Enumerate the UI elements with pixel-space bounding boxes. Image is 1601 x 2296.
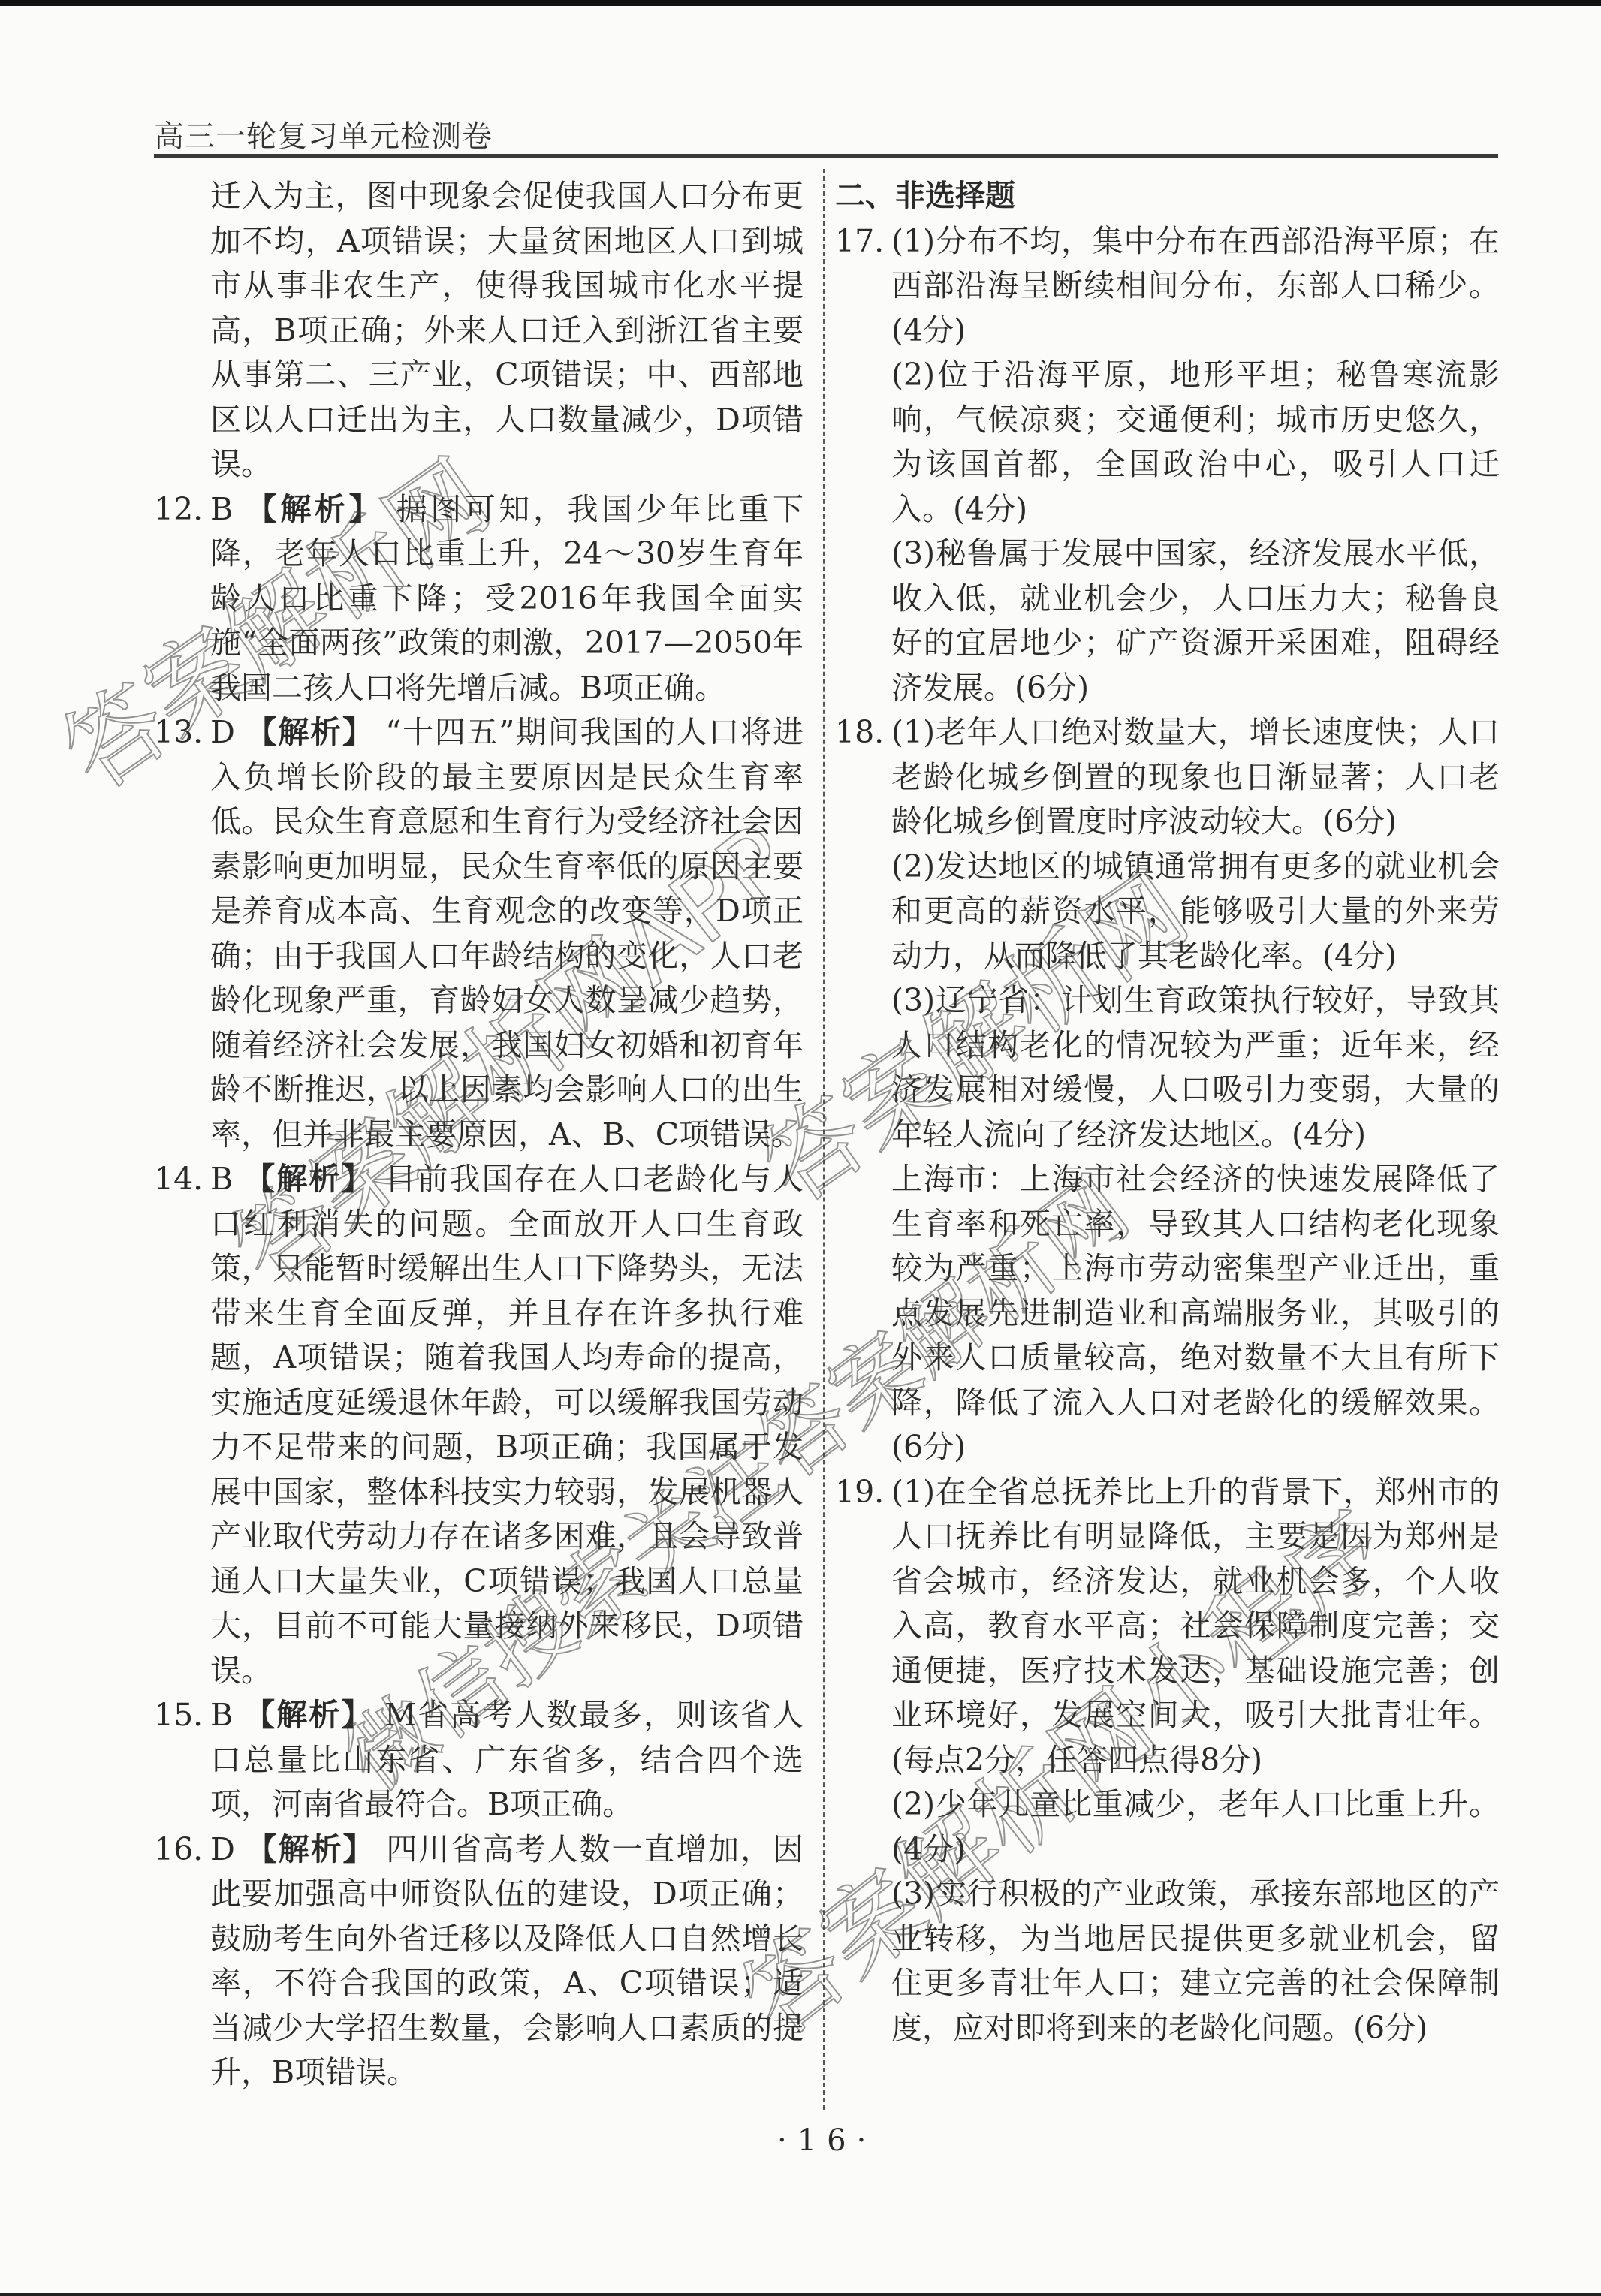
continued-explanation: 迁入为主，图中现象会促使我国人口分布更加不均，A项错误；大量贫困地区人口到城市从… [154,174,804,487]
analysis-text: 目前我国存在人口老龄化与人口红利消失的问题。全面放开人口生育政策，只能暂时缓解出… [210,1161,804,1689]
left-column: 迁入为主，图中现象会促使我国人口分布更加不均，A项错误；大量贫困地区人口到城市从… [154,174,804,2096]
question-18-part-2: (2)发达地区的城镇通常拥有更多的就业机会和更高的薪资水平，能够吸引大量的外来劳… [835,845,1500,979]
item-number: 12. [154,487,210,532]
question-17-part-1: 17. (1)分布不均，集中分布在西部沿海平原；在西部沿海呈断续相间分布，东部人… [835,219,1500,354]
analysis-label: 【解析】 [246,714,375,750]
header-rule [154,154,1498,158]
answer-item-15: 15. B 【解析】 M省高考人数最多，则该省人口总量比山东省、广东省多，结合四… [154,1693,804,1827]
page-marker-right: · [857,2123,877,2158]
item-number: 14. [154,1157,210,1202]
item-number: 16. [154,1827,210,1873]
item-number: 13. [154,710,210,755]
analysis-label: 【解析】 [244,1697,373,1733]
section-title: 二、非选择题 [835,174,1500,219]
answer-choice: B [210,1161,233,1197]
answer-text: (1)在全省总抚养比上升的背景下，郑州市的人口抚养比有明显降低，主要是因为郑州是… [891,1474,1500,1778]
running-head-title: 高三一轮复习单元检测卷 [154,113,493,155]
answer-item-16: 16. D 【解析】 四川省高考人数一直增加，因此要加强高中师资队伍的建设，D项… [154,1827,804,2096]
question-number: 17. [835,219,891,264]
item-number: 15. [154,1693,210,1738]
analysis-label: 【解析】 [246,1831,375,1867]
analysis-label: 【解析】 [246,491,383,527]
question-number: 19. [835,1470,891,1515]
scan-edge-bottom [0,2293,1601,2296]
scan-edge-top [0,0,1601,6]
question-19-part-1: 19. (1)在全省总抚养比上升的背景下，郑州市的人口抚养比有明显降低，主要是因… [835,1470,1500,1783]
question-18-part-3-liaoning: (3)辽宁省：计划生育政策执行较好，导致其人口结构老化的情况较为严重；近年来，经… [835,978,1500,1157]
page-number-value: 16 [797,2123,857,2158]
analysis-text: “十四五”期间我国的人口将进入负增长阶段的最主要原因是民众生育率低。民众生育意愿… [210,714,804,1153]
answer-choice: D [210,1831,235,1867]
answer-choice: B [210,491,233,527]
question-17-part-2: (2)位于沿海平原，地形平坦；秘鲁寒流影响，气候凉爽；交通便利；城市历史悠久，为… [835,353,1500,532]
answer-choice: B [210,1697,233,1733]
answer-text: (1)老年人口绝对数量大，增长速度快；人口老龄化城乡倒置的现象也日渐显著；人口老… [891,714,1500,839]
answer-item-13: 13. D 【解析】 “十四五”期间我国的人口将进入负增长阶段的最主要原因是民众… [154,710,804,1157]
answer-choice: D [210,714,235,750]
question-19-part-3: (3)实行积极的产业政策，承接东部地区的产业转移，为当地居民提供更多就业机会，留… [835,1872,1500,2050]
answer-item-14: 14. B 【解析】 目前我国存在人口老龄化与人口红利消失的问题。全面放开人口生… [154,1157,804,1693]
answer-item-12: 12. B 【解析】 据图可知，我国少年比重下降，老年人口比重上升，24～30岁… [154,487,804,711]
page-number: ·16· [777,2123,876,2158]
question-number: 18. [835,710,891,755]
question-17-part-3: (3)秘鲁属于发展中国家，经济发展水平低，收入低，就业机会少，人口压力大；秘鲁良… [835,532,1500,710]
page-marker-left: · [777,2123,797,2158]
answer-text: (1)分布不均，集中分布在西部沿海平原；在西部沿海呈断续相间分布，东部人口稀少。… [891,223,1500,348]
question-19-part-2: (2)少年儿童比重减少，老年人口比重上升。(4分) [835,1782,1500,1872]
right-column: 二、非选择题 17. (1)分布不均，集中分布在西部沿海平原；在西部沿海呈断续相… [835,174,1500,2050]
column-divider [823,169,825,2110]
question-18-part-3-shanghai: 上海市：上海市社会经济的快速发展降低了生育率和死亡率，导致其人口结构老化现象较为… [835,1157,1500,1470]
analysis-label: 【解析】 [244,1161,373,1197]
analysis-text: 四川省高考人数一直增加，因此要加强高中师资队伍的建设，D项正确；鼓励考生向外省迁… [210,1831,804,2091]
question-18-part-1: 18. (1)老年人口绝对数量大，增长速度快；人口老龄化城乡倒置的现象也日渐显著… [835,710,1500,845]
